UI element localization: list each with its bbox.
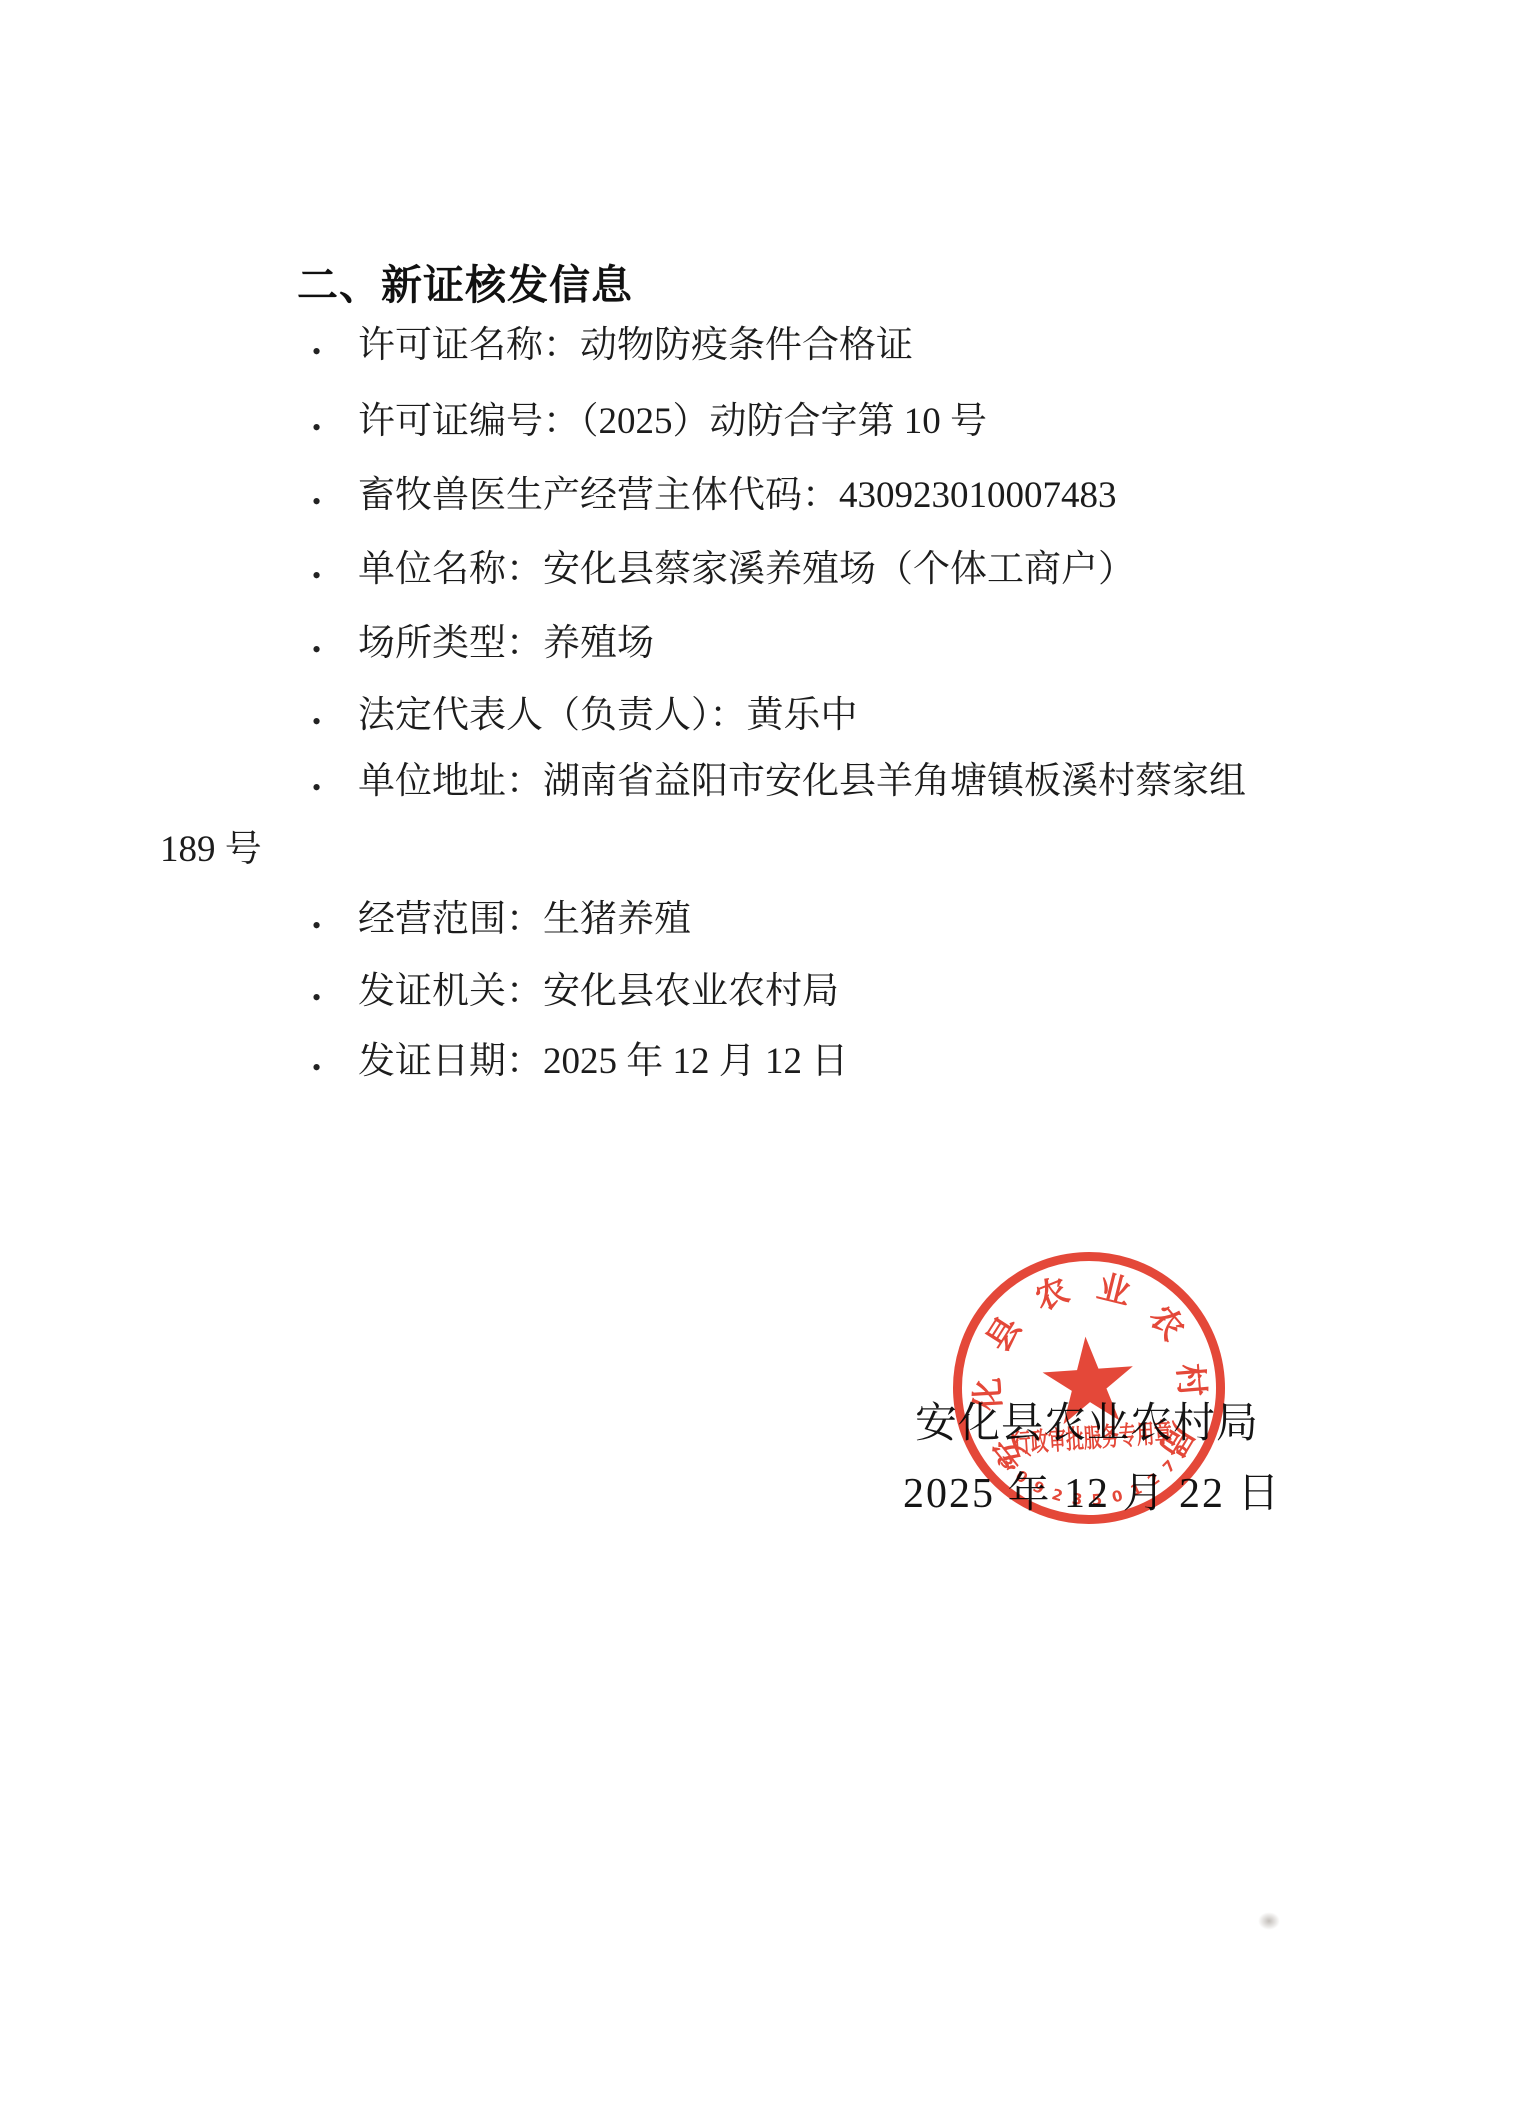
bullet-text: 畜牧兽医生产经营主体代码：430923010007483: [358, 475, 1117, 516]
seal-code-digits: 30923501270: [944, 1243, 1234, 1533]
bullet-site-type: • 场所类型：养殖场: [358, 624, 654, 664]
bullet-dot: •: [312, 978, 321, 1018]
bullet-dot: •: [312, 332, 321, 372]
bullet-dot: •: [312, 906, 321, 946]
bullet-dot: •: [312, 556, 321, 596]
bullet-dot: •: [312, 630, 321, 670]
bullet-dot: •: [312, 702, 321, 742]
bullet-license-number: • 许可证编号：（2025）动防合字第 10 号: [358, 402, 987, 442]
bullet-dot: •: [312, 1048, 321, 1088]
scan-smudge: [1258, 1912, 1280, 1930]
document-page: 二、新证核发信息 • 许可证名称：动物防疫条件合格证 • 许可证编号：（2025…: [0, 0, 1530, 2102]
bullet-text: 法定代表人（负责人）：黄乐中: [358, 695, 858, 736]
bullet-text: 经营范围：生猪养殖: [358, 899, 691, 940]
bullet-dot: •: [312, 768, 321, 808]
bullet-business-scope: • 经营范围：生猪养殖: [358, 900, 691, 940]
bullet-legal-rep: • 法定代表人（负责人）：黄乐中: [358, 696, 858, 736]
bullet-text: 发证日期：2025 年 12 月 12 日: [358, 1041, 848, 1082]
bullet-text: 单位地址：湖南省益阳市安化县羊角塘镇板溪村蔡家组: [358, 761, 1246, 802]
bullet-text: 许可证名称：动物防疫条件合格证: [358, 325, 913, 366]
bullet-dot: •: [312, 408, 321, 448]
bullet-dot: •: [312, 482, 321, 522]
official-seal: 安化县农业农村局 ★ 行政审批服务专用章 30923501270: [944, 1243, 1234, 1533]
bullet-issuing-authority: • 发证机关：安化县农业农村局: [358, 972, 839, 1012]
bullet-license-name: • 许可证名称：动物防疫条件合格证: [358, 326, 913, 366]
bullet-text: 发证机关：安化县农业农村局: [358, 971, 839, 1012]
bullet-text: 单位名称：安化县蔡家溪养殖场（个体工商户）: [358, 549, 1135, 590]
bullet-text: 场所类型：养殖场: [358, 623, 654, 664]
bullet-entity-code: • 畜牧兽医生产经营主体代码：430923010007483: [358, 476, 1117, 516]
address-continuation: 189 号: [160, 830, 262, 870]
section-heading: 二、新证核发信息: [297, 252, 633, 311]
bullet-unit-name: • 单位名称：安化县蔡家溪养殖场（个体工商户）: [358, 550, 1135, 590]
bullet-issue-date: • 发证日期：2025 年 12 月 12 日: [358, 1042, 848, 1082]
bullet-unit-address: • 单位地址：湖南省益阳市安化县羊角塘镇板溪村蔡家组: [358, 762, 1246, 802]
bullet-text: 许可证编号：（2025）动防合字第 10 号: [358, 401, 987, 442]
